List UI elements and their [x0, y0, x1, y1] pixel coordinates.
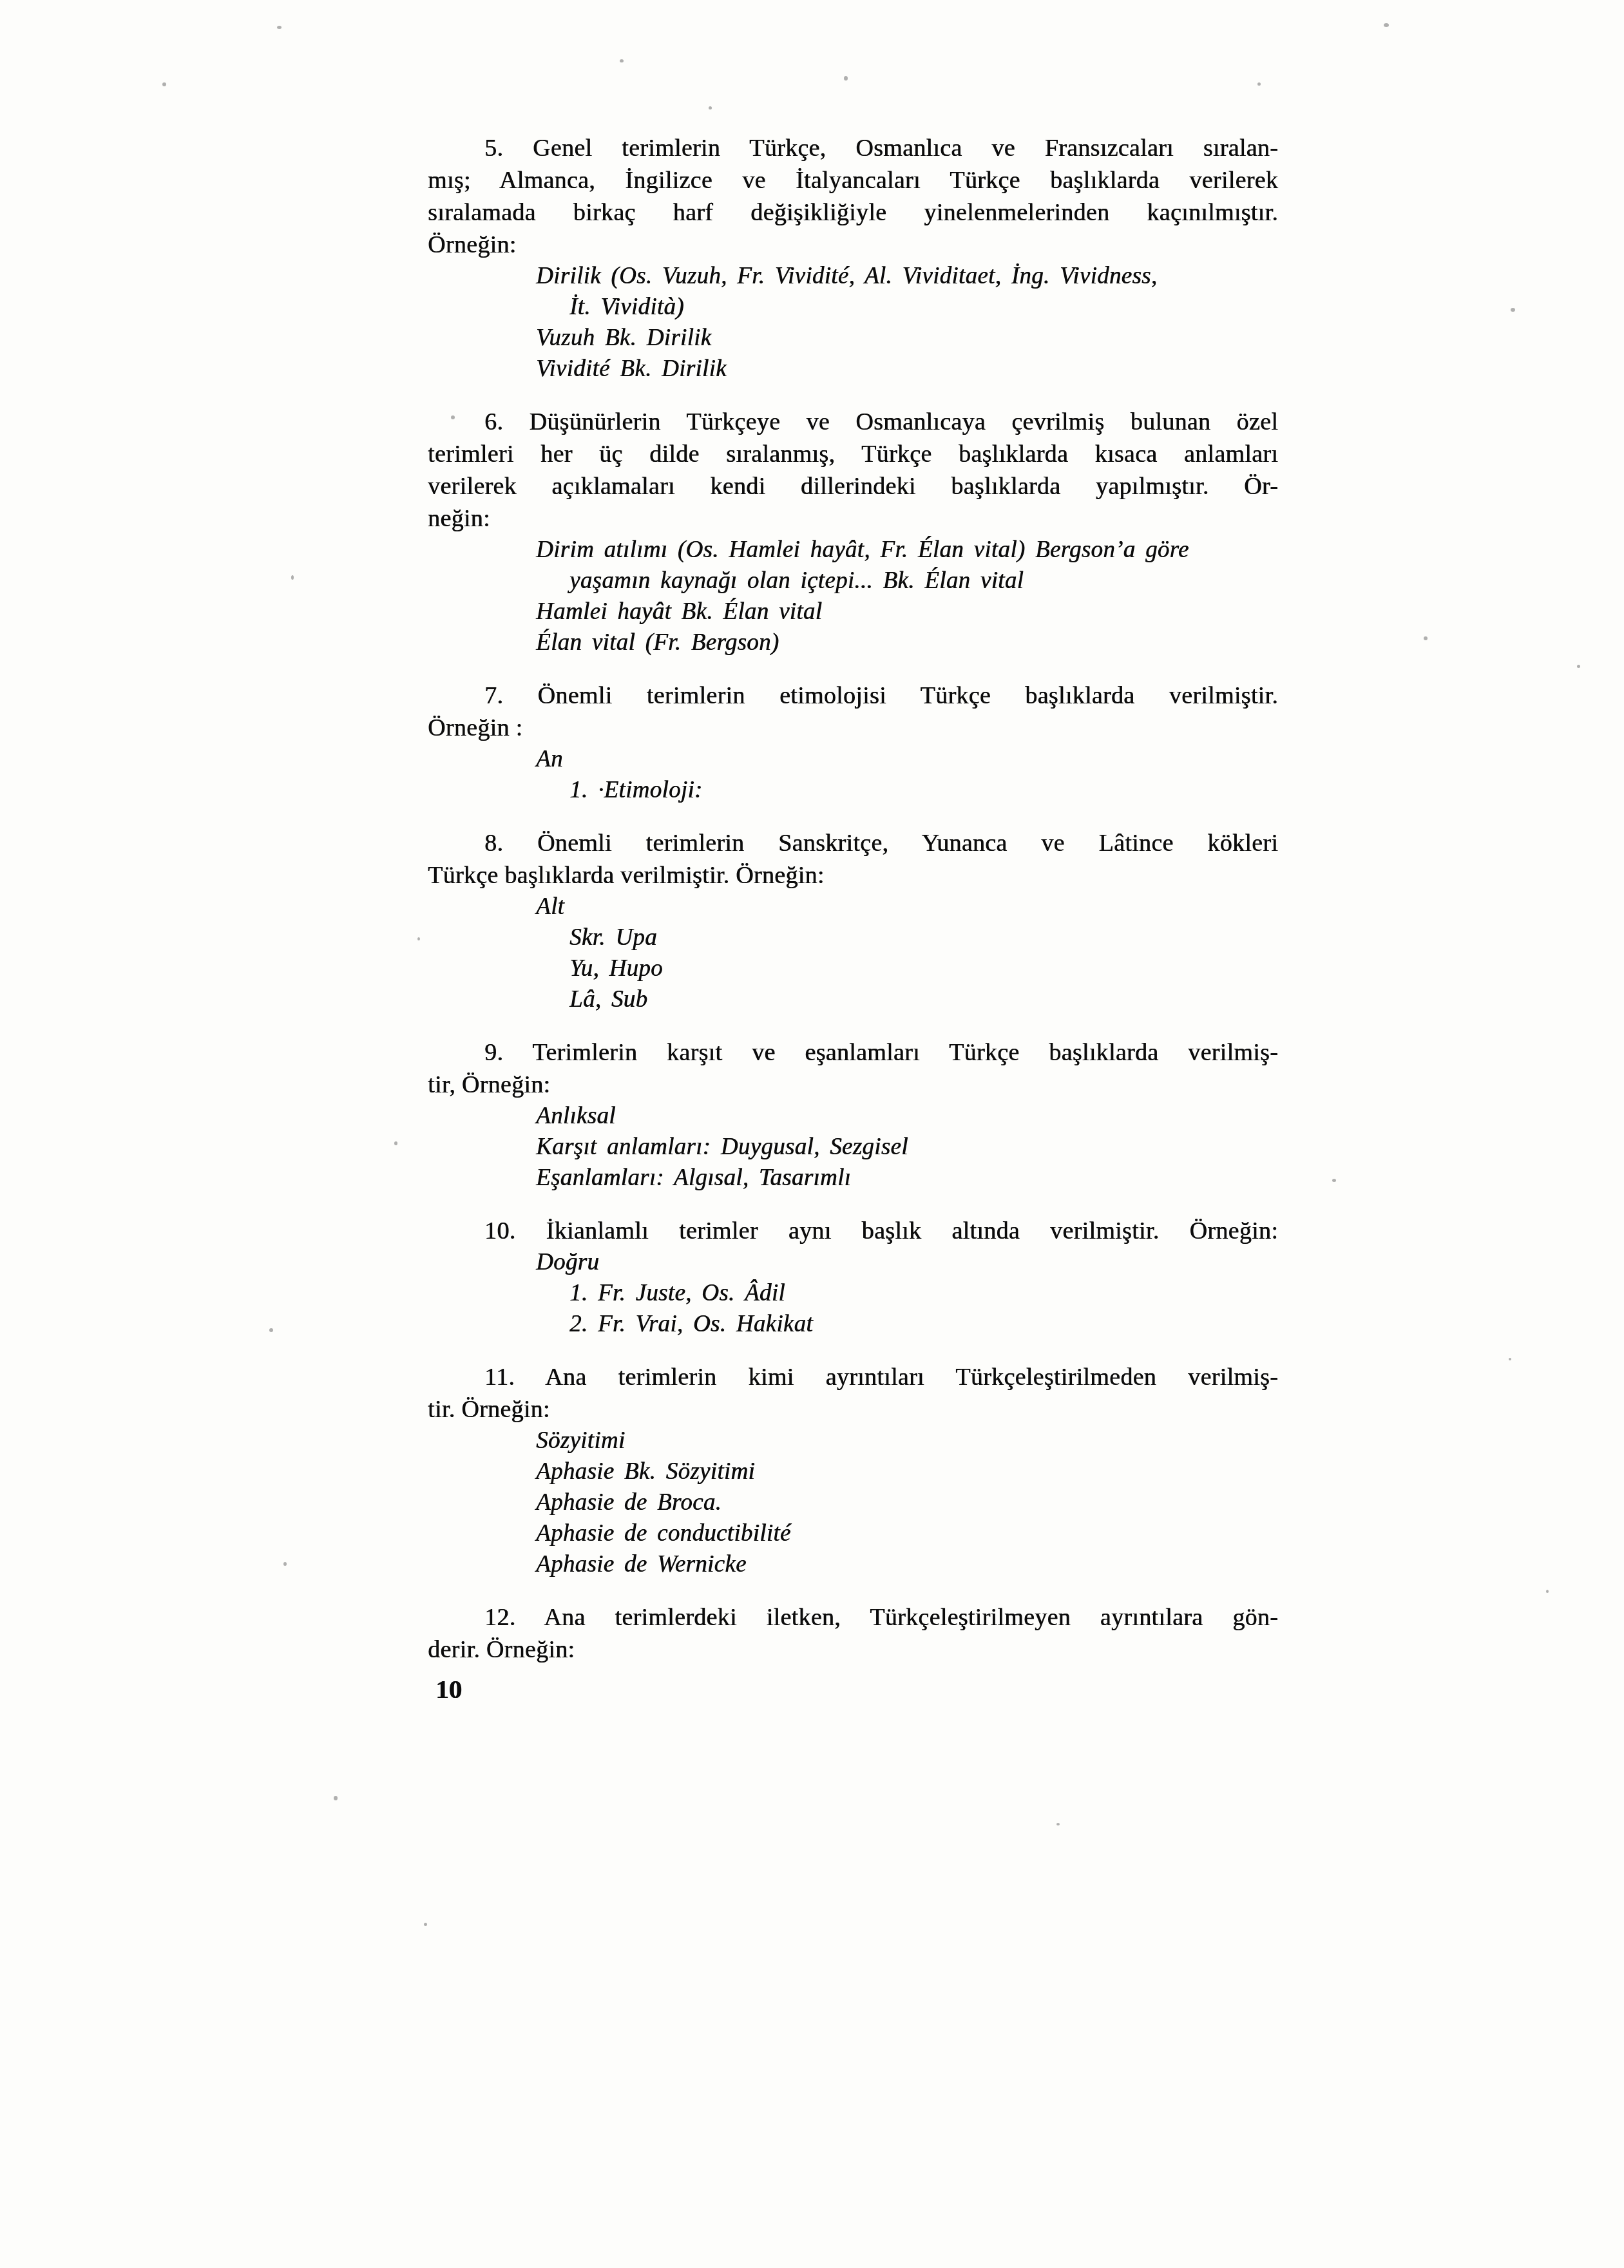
- scan-speck: [1424, 636, 1428, 640]
- scan-speck: [1257, 82, 1261, 86]
- section-item-9: 9. Terimlerin karşıt ve eşanlamları Türk…: [428, 1036, 1278, 1194]
- item-11-paragraph: 11. Ana terimlerin kimi ayrıntıları Türk…: [428, 1361, 1278, 1425]
- paragraph-line: Türkçe başlıklarda verilmiştir. Örneğin:: [428, 859, 1278, 891]
- scan-speck: [291, 575, 294, 580]
- paragraph-line: terimleri her üç dilde sıralanmış, Türkç…: [428, 438, 1278, 470]
- scan-speck: [269, 1328, 273, 1332]
- paragraph-line: tir, Örneğin:: [428, 1069, 1278, 1101]
- example-line: Sözyitimi: [536, 1425, 1278, 1456]
- scan-speck: [1056, 1823, 1060, 1825]
- example-line: Eşanlamları: Algısal, Tasarımlı: [536, 1163, 1278, 1194]
- section-item-10: 10. İkianlamlı terimler aynı başlık altı…: [428, 1215, 1278, 1340]
- example-line: 1. Fr. Juste, Os. Âdil: [569, 1278, 1278, 1309]
- scan-speck: [844, 76, 848, 81]
- scan-speck: [1577, 665, 1580, 668]
- item-7-examples: An1. ·Etimoloji:: [428, 744, 1278, 806]
- example-line: Dirilik (Os. Vuzuh, Fr. Vividité, Al. Vi…: [536, 261, 1278, 292]
- scan-speck: [283, 1562, 287, 1566]
- scan-speck: [1332, 1179, 1336, 1182]
- example-line: Alt: [536, 891, 1278, 922]
- scanned-book-page: 5. Genel terimlerin Türkçe, Osmanlıca ve…: [0, 0, 1624, 2268]
- paragraph-line: verilerek açıklamaları kendi dillerindek…: [428, 470, 1278, 502]
- example-line: Dirim atılımı (Os. Hamlei hayât, Fr. Éla…: [536, 535, 1278, 566]
- example-line: Aphasie Bk. Sözyitimi: [536, 1456, 1278, 1487]
- item-8-examples: AltSkr. UpaYu, HupoLâ, Sub: [428, 891, 1278, 1015]
- example-line: Anlıksal: [536, 1101, 1278, 1132]
- item-5-examples: Dirilik (Os. Vuzuh, Fr. Vividité, Al. Vi…: [428, 261, 1278, 385]
- example-line: Aphasie de conductibilité: [536, 1518, 1278, 1549]
- paragraph-line: 8. Önemli terimlerin Sanskritçe, Yunanca…: [428, 827, 1278, 859]
- paragraph-line: 12. Ana terimlerdeki iletken, Türkçeleşt…: [428, 1601, 1278, 1634]
- item-10-paragraph: 10. İkianlamlı terimler aynı başlık altı…: [428, 1215, 1278, 1247]
- paragraph-line: 11. Ana terimlerin kimi ayrıntıları Türk…: [428, 1361, 1278, 1393]
- scan-speck: [709, 106, 712, 110]
- paragraph-line: 7. Önemli terimlerin etimolojisi Türkçe …: [428, 680, 1278, 712]
- scan-speck: [1509, 1358, 1511, 1360]
- paragraph-line: 6. Düşünürlerin Türkçeye ve Osmanlıcaya …: [428, 406, 1278, 438]
- section-item-11: 11. Ana terimlerin kimi ayrıntıları Türk…: [428, 1361, 1278, 1580]
- example-line: Aphasie de Broca.: [536, 1487, 1278, 1518]
- example-line: Doğru: [536, 1247, 1278, 1278]
- example-line: Vuzuh Bk. Dirilik: [536, 323, 1278, 354]
- item-6-examples: Dirim atılımı (Os. Hamlei hayât, Fr. Éla…: [428, 535, 1278, 658]
- scan-speck: [620, 59, 624, 62]
- scan-speck: [277, 26, 282, 29]
- example-line: Lâ, Sub: [569, 984, 1278, 1015]
- example-line: 2. Fr. Vrai, Os. Hakikat: [569, 1309, 1278, 1340]
- scan-speck: [394, 1141, 397, 1145]
- paragraph-line: mış; Almanca, İngilizce ve İtalyancaları…: [428, 164, 1278, 196]
- example-line: 1. ·Etimoloji:: [569, 775, 1278, 806]
- scan-speck: [1511, 308, 1515, 312]
- scan-speck: [1384, 23, 1389, 27]
- paragraph-line: 9. Terimlerin karşıt ve eşanlamları Türk…: [428, 1036, 1278, 1069]
- page-number: 10: [435, 1673, 462, 1704]
- item-12-paragraph: 12. Ana terimlerdeki iletken, Türkçeleşt…: [428, 1601, 1278, 1666]
- item-11-examples: SözyitimiAphasie Bk. SözyitimiAphasie de…: [428, 1425, 1278, 1580]
- item-9-examples: AnlıksalKarşıt anlamları: Duygusal, Sezg…: [428, 1101, 1278, 1194]
- example-line: Skr. Upa: [569, 922, 1278, 953]
- page-text-block: 5. Genel terimlerin Türkçe, Osmanlıca ve…: [428, 132, 1278, 1687]
- scan-speck: [424, 1923, 427, 1926]
- paragraph-line: Örneğin:: [428, 229, 1278, 261]
- paragraph-line: sıralamada birkaç harf değişikliğiyle yi…: [428, 196, 1278, 229]
- paragraph-line: neğin:: [428, 502, 1278, 535]
- example-line: yaşamın kaynağı olan içtepi... Bk. Élan …: [569, 566, 1278, 596]
- item-6-paragraph: 6. Düşünürlerin Türkçeye ve Osmanlıcaya …: [428, 406, 1278, 535]
- example-line: Hamlei hayât Bk. Élan vital: [536, 596, 1278, 627]
- item-5-paragraph: 5. Genel terimlerin Türkçe, Osmanlıca ve…: [428, 132, 1278, 261]
- section-item-8: 8. Önemli terimlerin Sanskritçe, Yunanca…: [428, 827, 1278, 1015]
- example-line: Yu, Hupo: [569, 953, 1278, 984]
- item-7-paragraph: 7. Önemli terimlerin etimolojisi Türkçe …: [428, 680, 1278, 744]
- scan-speck: [451, 415, 455, 419]
- scan-speck: [334, 1796, 338, 1800]
- item-10-examples: Doğru1. Fr. Juste, Os. Âdil2. Fr. Vrai, …: [428, 1247, 1278, 1340]
- example-line: Karşıt anlamları: Duygusal, Sezgisel: [536, 1132, 1278, 1163]
- section-item-12: 12. Ana terimlerdeki iletken, Türkçeleşt…: [428, 1601, 1278, 1666]
- example-line: Aphasie de Wernicke: [536, 1549, 1278, 1580]
- scan-speck: [162, 82, 166, 86]
- example-line: Vividité Bk. Dirilik: [536, 354, 1278, 385]
- paragraph-line: Örneğin :: [428, 712, 1278, 744]
- paragraph-line: derir. Örneğin:: [428, 1634, 1278, 1666]
- scan-speck: [1546, 1590, 1549, 1593]
- section-item-6: 6. Düşünürlerin Türkçeye ve Osmanlıcaya …: [428, 406, 1278, 658]
- paragraph-line: 10. İkianlamlı terimler aynı başlık altı…: [428, 1215, 1278, 1247]
- example-line: An: [536, 744, 1278, 775]
- section-item-5: 5. Genel terimlerin Türkçe, Osmanlıca ve…: [428, 132, 1278, 385]
- paragraph-line: 5. Genel terimlerin Türkçe, Osmanlıca ve…: [428, 132, 1278, 164]
- item-8-paragraph: 8. Önemli terimlerin Sanskritçe, Yunanca…: [428, 827, 1278, 891]
- example-line: Élan vital (Fr. Bergson): [536, 627, 1278, 658]
- item-9-paragraph: 9. Terimlerin karşıt ve eşanlamları Türk…: [428, 1036, 1278, 1101]
- paragraph-line: tir. Örneğin:: [428, 1393, 1278, 1425]
- section-item-7: 7. Önemli terimlerin etimolojisi Türkçe …: [428, 680, 1278, 806]
- example-line: İt. Vividità): [569, 292, 1278, 323]
- scan-speck: [417, 937, 420, 940]
